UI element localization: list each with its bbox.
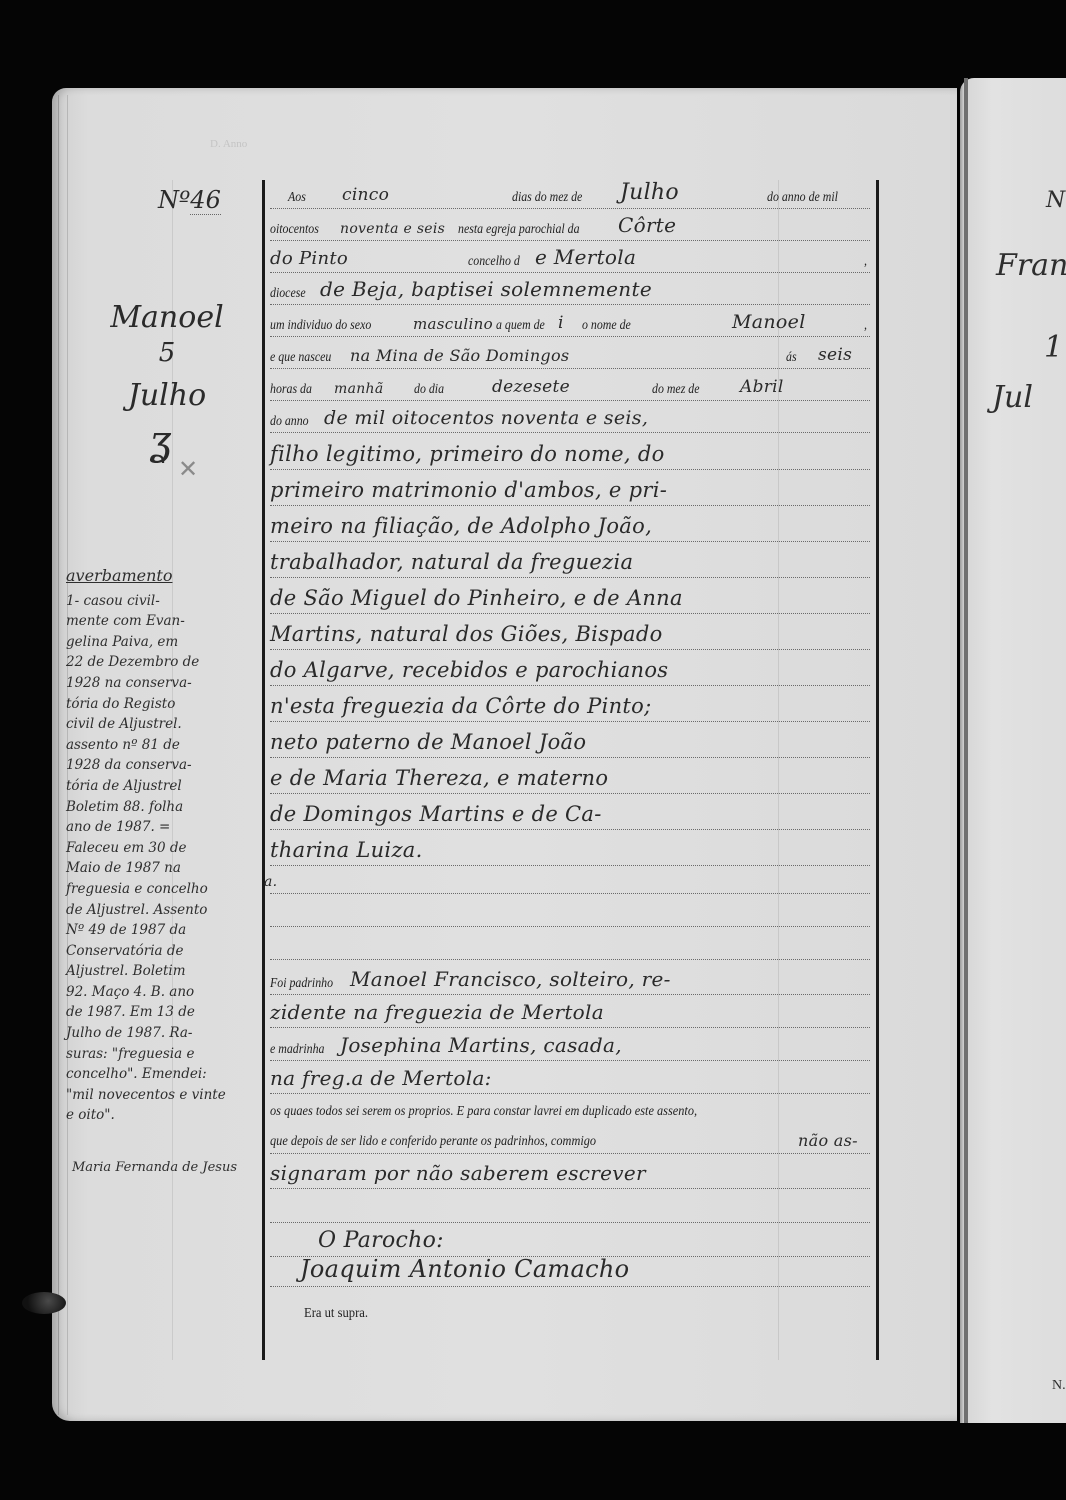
handwritten-text: i — [558, 313, 564, 333]
annotation-line: mente com Evan- — [66, 611, 262, 632]
handwritten-day: cinco — [342, 185, 389, 205]
handwritten-godmother: Josephina Martins, casada, — [340, 1033, 622, 1057]
record-line-11: meiro na filiação, de Adolpho João, — [270, 505, 870, 542]
annotation-line: Boletim 88. folha — [66, 797, 262, 818]
printed-text: do anno — [270, 413, 309, 429]
annotation-line: de 1987. Em 13 de — [66, 1002, 262, 1023]
printed-text: um individuo do sexo — [270, 317, 371, 333]
annotation-line: 22 de Dezembro de — [66, 652, 262, 673]
annotation-line: Nº 49 de 1987 da — [66, 920, 262, 941]
handwritten-text: primeiro matrimonio d'ambos, e pri- — [270, 478, 667, 502]
record-line-15: do Algarve, recebidos e parochianos — [270, 649, 870, 686]
margin-month: Julho — [82, 378, 252, 413]
handwritten-text: de Domingos Martins e de Ca- — [270, 802, 602, 826]
printed-text: do anno de mil — [767, 189, 838, 205]
priest-signature-line: Joaquim Antonio Camacho — [270, 1256, 870, 1287]
handwritten-text: filho legitimo, primeiro do nome, do — [270, 442, 665, 466]
blank-line — [270, 926, 870, 960]
record-line-20: tharina Luiza. — [270, 829, 870, 866]
ghost-header: D. Anno — [210, 138, 247, 150]
record-line-7: horas da manhã do dia dezesete do mez de… — [270, 368, 870, 401]
handwritten-text: tharina Luiza. — [270, 838, 423, 862]
annotation-line: Faleceu em 30 de — [66, 838, 262, 859]
annotation-line: Conservatória de — [66, 941, 262, 962]
handwritten-text: neto paterno de Manoel João — [270, 730, 586, 754]
record-line-12: trabalhador, natural da freguezia — [270, 541, 870, 578]
annotation-line: assento nº 81 de — [66, 735, 262, 756]
priest-title-line: O Parocho: — [270, 1222, 870, 1257]
handwritten-text: meiro na filiação, de Adolpho João, — [270, 514, 652, 538]
handwritten-godfather: Manoel Francisco, solteiro, re- — [350, 967, 671, 991]
handwritten-year: noventa e seis — [340, 221, 445, 237]
closing-line-2: que depois de ser lido e conferido peran… — [270, 1123, 870, 1154]
godfather-line-1: Foi padrinho Manoel Francisco, solteiro,… — [270, 959, 870, 995]
printed-text: a quem de — [496, 317, 545, 333]
printed-text: oitocentos — [270, 221, 319, 237]
annotation-line: 1928 na conserva- — [66, 673, 262, 694]
record-line-14: Martins, natural dos Giões, Bispado — [270, 613, 870, 650]
record-line-17: neto paterno de Manoel João — [270, 721, 870, 758]
printed-text: diocese — [270, 285, 306, 301]
record-line-13: de São Miguel do Pinheiro, e de Anna — [270, 577, 870, 614]
record-line-18: e de Maria Thereza, e materno — [270, 757, 870, 794]
godfather-line-2: zidente na freguezia de Mertola — [270, 994, 870, 1028]
annotation-line: tória de Aljustrel — [66, 776, 262, 797]
annotation-line: Julho de 1987. Ra- — [66, 1023, 262, 1044]
annotation-line: tória do Registo — [66, 694, 262, 715]
record-line-3: do Pinto concelho d e Mertola , — [270, 240, 870, 273]
record-line-6: e que nasceu na Mina de São Domingos ás … — [270, 336, 870, 369]
handwritten-text: do Algarve, recebidos e parochianos — [270, 658, 668, 682]
annotation-line: ano de 1987. = — [66, 817, 262, 838]
printed-text: e que nasceu — [270, 349, 331, 365]
adjacent-page-text: 1 — [1044, 330, 1063, 365]
era-ut-supra: Era ut supra. — [304, 1306, 368, 1322]
closing-line-3: signaram por não saberem escrever — [270, 1153, 870, 1189]
annotation-line: gelina Paiva, em — [66, 632, 262, 653]
blank-line — [270, 893, 870, 927]
adjacent-page-text: Jul — [992, 380, 1033, 415]
record-line-19: de Domingos Martins e de Ca- — [270, 793, 870, 830]
record-line-8: do anno de mil oitocentos noventa e seis… — [270, 400, 870, 433]
handwritten-parish: Côrte — [618, 213, 676, 237]
record-line-2: oitocentos noventa e seis nesta egreja p… — [270, 208, 870, 241]
godmother-line-1: e madrinha Josephina Martins, casada, — [270, 1027, 870, 1061]
printed-text: , — [864, 253, 867, 269]
printed-text: do mez de — [652, 381, 700, 397]
printed-text: dias do mez de — [512, 189, 582, 205]
annotation-line: e oito". — [66, 1105, 262, 1126]
right-border-rule — [876, 180, 879, 1360]
handwritten-text: de São Miguel do Pinheiro, e de Anna — [270, 586, 683, 610]
margin-annotation: averbamento 1- casou civil- mente com Ev… — [66, 566, 262, 1126]
handwritten-birth-day: dezesete — [492, 377, 570, 397]
margin-child-name: Manoel — [82, 300, 252, 335]
handwritten-text: Martins, natural dos Giões, Bispado — [270, 622, 663, 646]
record-line-4: diocese de Beja, baptisei solemnemente — [270, 272, 870, 305]
printed-closing-text: que depois de ser lido e conferido peran… — [270, 1134, 596, 1150]
record-line-1: Aos cinco dias do mez de Julho do anno d… — [270, 176, 870, 209]
adjacent-page-text: N — [1046, 188, 1065, 213]
handwritten-text: signaram por não saberem escrever — [270, 1161, 646, 1185]
record-line-16: n'esta freguezia da Côrte do Pinto; — [270, 685, 870, 722]
margin-divider-rule — [262, 180, 265, 1360]
margin-flourish: ʓ — [100, 418, 220, 464]
handwritten-parish: do Pinto — [270, 248, 348, 269]
printed-text: horas da — [270, 381, 312, 397]
godmother-label: e madrinha — [270, 1041, 324, 1057]
book-gutter — [964, 78, 968, 1423]
annotation-line: 1928 da conserva- — [66, 755, 262, 776]
margin-cross-mark: ✕ — [178, 455, 198, 483]
handwritten-hour: seis — [818, 345, 852, 365]
annotation-heading: averbamento — [66, 566, 262, 587]
printed-closing-text: os quaes todos sei serem os proprios. E … — [270, 1104, 697, 1120]
handwritten-municipality: e Mertola — [535, 245, 636, 269]
printed-text: o nome de — [582, 317, 631, 333]
printed-text: Aos — [288, 189, 306, 205]
handwritten-godfather-residence: zidente na freguezia de Mertola — [270, 1000, 604, 1024]
handwritten-text: a. — [264, 874, 277, 890]
record-line-21: a. — [270, 865, 870, 894]
entry-number-prefix: Nº — [158, 186, 190, 214]
handwritten-text: e de Maria Thereza, e materno — [270, 766, 608, 790]
annotation-line: 92. Maço 4. B. ano — [66, 982, 262, 1003]
handwritten-child-name: Manoel — [732, 311, 806, 333]
handwritten-sex: masculino — [413, 315, 493, 333]
handwritten-godmother-residence: na freg.a de Mertola: — [270, 1066, 492, 1090]
priest-title: O Parocho: — [318, 1228, 444, 1253]
entry-number-value: 46 — [190, 186, 221, 215]
annotation-line: Aljustrel. Boletim — [66, 961, 262, 982]
godmother-line-2: na freg.a de Mertola: — [270, 1060, 870, 1094]
closing-line-1: os quaes todos sei serem os proprios. E … — [270, 1093, 870, 1123]
annotation-line: "mil novecentos e vinte — [66, 1085, 262, 1106]
blank-line — [270, 1188, 870, 1223]
handwritten-diocese: de Beja, baptisei solemnemente — [320, 277, 652, 301]
record-line-9: filho legitimo, primeiro do nome, do — [270, 433, 870, 470]
godfather-label: Foi padrinho — [270, 975, 333, 991]
printed-text: concelho d — [468, 253, 520, 269]
annotation-line: Maio de 1987 na — [66, 858, 262, 879]
annotation-line: de Aljustrel. Assento — [66, 900, 262, 921]
annotation-line: civil de Aljustrel. — [66, 714, 262, 735]
record-line-10: primeiro matrimonio d'ambos, e pri- — [270, 469, 870, 506]
handwritten-birthplace: na Mina de São Domingos — [350, 346, 569, 365]
binding-clip — [22, 1292, 66, 1314]
annotation-signature: Maria Fernanda de Jesus — [72, 1160, 237, 1175]
entry-number: Nº46 — [158, 186, 221, 214]
handwritten-time-of-day: manhã — [334, 381, 384, 397]
record-line-5: um individuo do sexo masculino a quem de… — [270, 304, 870, 337]
handwritten-birth-year: de mil oitocentos noventa e seis, — [324, 407, 648, 429]
annotation-line: concelho". Emendei: — [66, 1064, 262, 1085]
adjacent-page-text: N. — [1052, 1378, 1066, 1394]
annotation-line: 1- casou civil- — [66, 591, 262, 612]
handwritten-text: não as- — [798, 1131, 858, 1150]
adjacent-page-text: Fran — [996, 248, 1066, 283]
printed-text: nesta egreja parochial da — [458, 221, 580, 237]
handwritten-month: Julho — [620, 180, 679, 205]
printed-text: do dia — [414, 381, 444, 397]
printed-text: , — [864, 317, 867, 333]
handwritten-birth-month: Abril — [740, 377, 784, 397]
priest-signature: Joaquim Antonio Camacho — [300, 1255, 629, 1283]
annotation-line: freguesia e concelho — [66, 879, 262, 900]
handwritten-text: trabalhador, natural da freguezia — [270, 550, 633, 574]
annotation-line: suras: "freguesia e — [66, 1044, 262, 1065]
printed-text: ás — [786, 349, 797, 365]
margin-day: 5 — [82, 338, 252, 368]
handwritten-text: n'esta freguezia da Côrte do Pinto; — [270, 694, 651, 718]
